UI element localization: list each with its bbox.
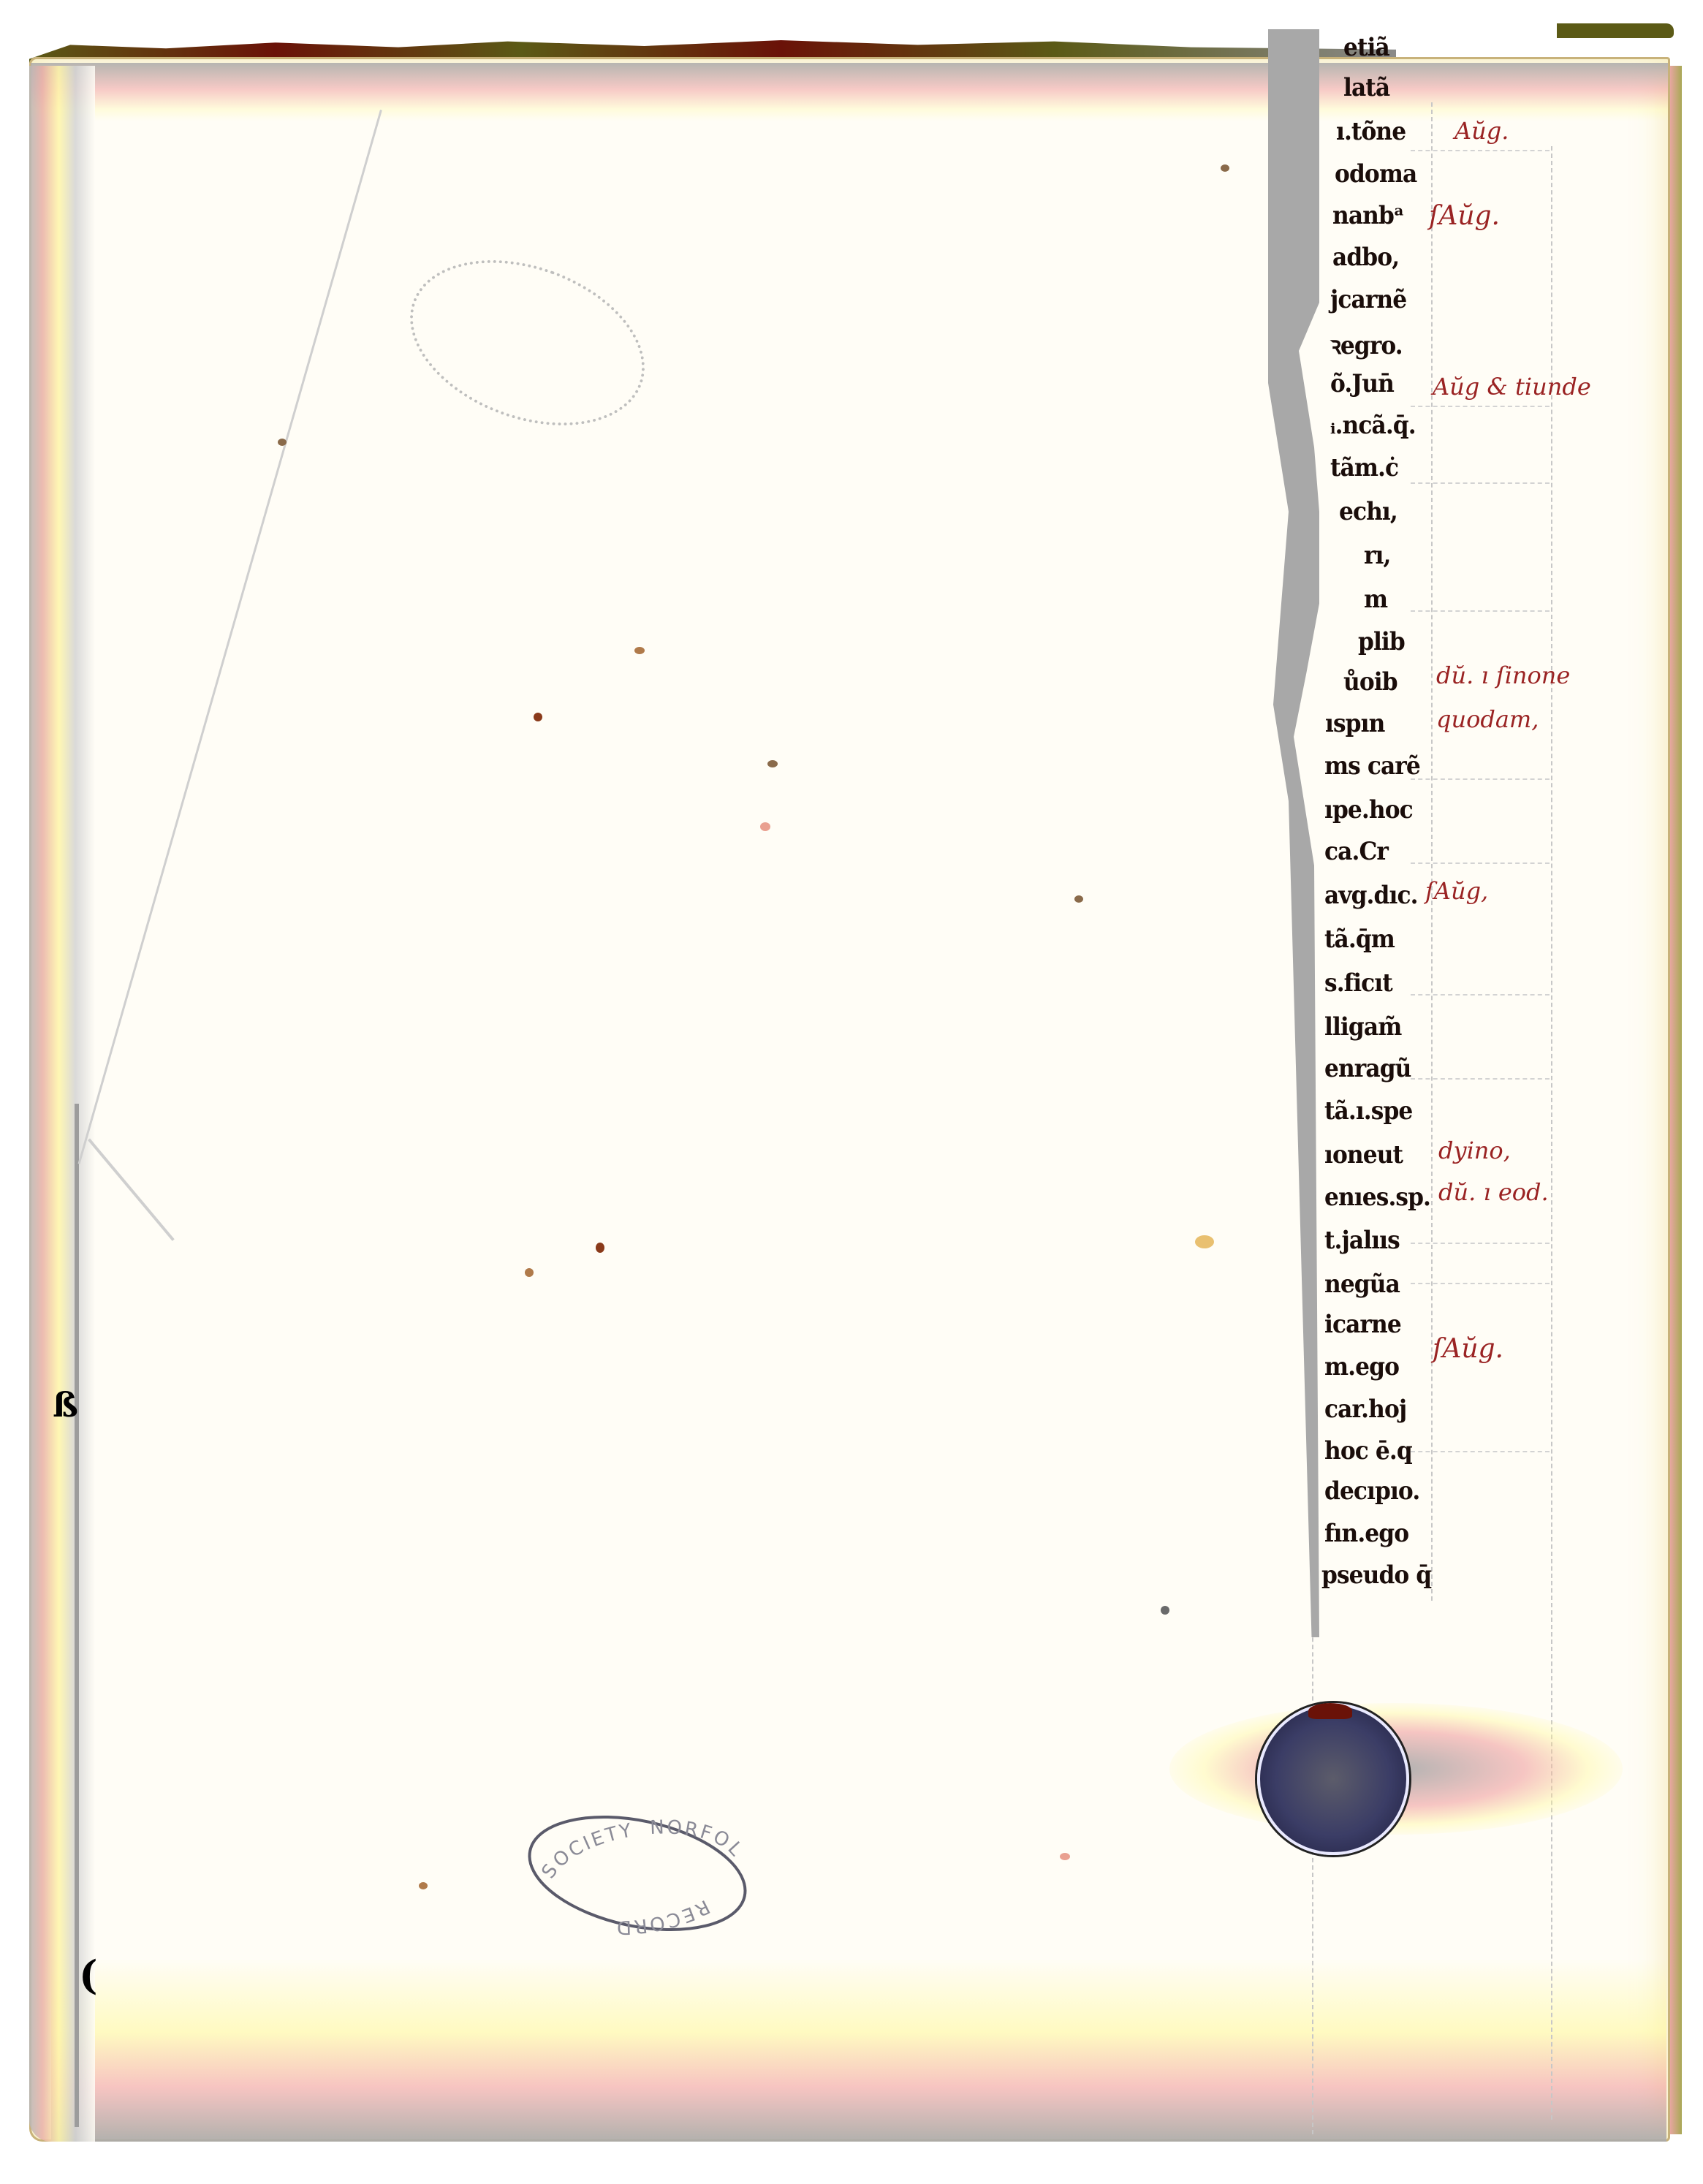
text-line: lligam̃: [1324, 1012, 1401, 1042]
stamp-text-record: RECORD: [614, 1895, 713, 1935]
spine-edge: [29, 66, 95, 2142]
text-line: ůoib: [1343, 667, 1397, 697]
stain-speck: [760, 822, 770, 831]
stain-speck: [1161, 1606, 1169, 1615]
text-line: m: [1364, 585, 1387, 614]
text-line: ms carẽ: [1324, 751, 1420, 781]
text-line: tãm.ċ: [1330, 453, 1398, 482]
marginal-gloss: dyino,: [1438, 1137, 1511, 1164]
text-line: hoc ē.q: [1324, 1436, 1412, 1466]
ruling-horizontal: [1411, 482, 1550, 484]
ruling-horizontal: [1411, 406, 1550, 407]
text-line: pseudo q̄: [1321, 1561, 1431, 1590]
stain-speck: [419, 1882, 428, 1889]
ruling-horizontal: [1411, 862, 1550, 864]
text-line: fın.ego: [1324, 1519, 1408, 1548]
text-line: etiã: [1343, 33, 1389, 62]
stain-speck: [278, 439, 287, 446]
text-line: jcarnẽ: [1330, 285, 1406, 314]
svg-text:RECORD: RECORD: [614, 1895, 713, 1935]
text-line: rı,: [1364, 541, 1390, 570]
marginal-gloss: Aŭg.: [1454, 117, 1509, 145]
text-line: plib: [1358, 627, 1405, 656]
text-line: ꝛegro.: [1330, 327, 1403, 361]
norfolk-record-society-stamp: SOCIETY NORFOLK RECORD: [520, 1811, 754, 1935]
ruling-vertical-3: [1312, 1608, 1313, 2134]
text-line: tã.q̄m: [1324, 925, 1395, 954]
bottom-stain: [51, 1959, 1666, 2142]
text-line: ıspın: [1325, 709, 1384, 738]
marginal-gloss: dŭ. ı eod.: [1438, 1178, 1549, 1206]
stain-speck: [1074, 895, 1083, 903]
text-line: adbo,: [1332, 243, 1399, 272]
ruling-vertical-1: [1431, 102, 1433, 1601]
text-line: enragũ: [1324, 1054, 1411, 1083]
spine-letter-mark: ß: [53, 1385, 78, 1425]
text-line: t.jalııs: [1324, 1226, 1400, 1255]
stain-speck: [1195, 1235, 1214, 1248]
marginal-gloss: quodam,: [1436, 705, 1539, 733]
marginal-gloss: Aŭg & tiunde: [1433, 373, 1591, 401]
stain-speck: [525, 1268, 534, 1277]
text-line: ı.tõne: [1336, 117, 1406, 146]
text-line: ᵢ.ncã.q̄.: [1330, 411, 1416, 440]
text-line: s.ficıt: [1324, 968, 1392, 998]
stain-speck: [1060, 1853, 1070, 1860]
stain-speck: [596, 1243, 604, 1253]
ruling-horizontal: [1411, 778, 1550, 780]
marginal-gloss: ſAŭg.: [1433, 1334, 1503, 1364]
metal-disc: [1257, 1703, 1409, 1855]
text-line: echı,: [1339, 497, 1397, 526]
ruling-vertical-2: [1551, 146, 1552, 2120]
stain-speck: [534, 713, 542, 721]
text-line: icarne: [1324, 1310, 1401, 1339]
text-line: decıpıo.: [1324, 1476, 1419, 1506]
text-line: avg.dıc.: [1324, 881, 1418, 910]
text-line: ıoneut: [1324, 1140, 1403, 1169]
stamp-text-society: SOCIETY: [538, 1819, 636, 1883]
text-line: latã: [1343, 73, 1389, 102]
marginal-gloss: ſAŭg.: [1429, 201, 1500, 231]
stain-speck: [634, 647, 645, 654]
text-line: car.hoj: [1324, 1395, 1406, 1424]
ruling-horizontal: [1411, 1283, 1550, 1284]
right-edge: [1670, 66, 1682, 2134]
text-line: ca.Cr: [1324, 837, 1388, 866]
stain-speck: [1221, 164, 1229, 172]
svg-text:SOCIETY: SOCIETY: [538, 1819, 636, 1883]
manuscript-page: etiã latã ı.tõne odoma nanbᵃ adbo, jcarn…: [0, 0, 1703, 2184]
ruling-horizontal: [1411, 1451, 1550, 1452]
text-line: ıpe.hoc: [1324, 795, 1413, 824]
text-line: negũa: [1324, 1270, 1400, 1299]
ruling-horizontal: [1411, 610, 1550, 612]
text-line: enıes.sp.: [1324, 1183, 1430, 1212]
ruling-horizontal: [1411, 1078, 1550, 1080]
stain-speck: [767, 760, 778, 767]
top-stain: [31, 63, 1668, 121]
binding-top-edge-right: [1557, 23, 1674, 38]
disc-rust: [1308, 1703, 1352, 1719]
text-line: odoma: [1335, 159, 1416, 189]
text-line: m.ego: [1324, 1352, 1399, 1381]
ruling-horizontal: [1411, 1243, 1550, 1244]
text-line: tã.ı.spe: [1324, 1096, 1412, 1126]
text-line: õ.Jun̄: [1330, 369, 1394, 398]
marginal-gloss: ſAŭg,: [1425, 877, 1488, 905]
ruling-horizontal: [1411, 150, 1550, 151]
marginal-gloss: dŭ. ı ſinone: [1436, 661, 1570, 689]
ruling-horizontal: [1411, 994, 1550, 996]
spine-bracket-mark: (: [79, 1952, 98, 1998]
text-line: nanbᵃ: [1332, 201, 1404, 230]
